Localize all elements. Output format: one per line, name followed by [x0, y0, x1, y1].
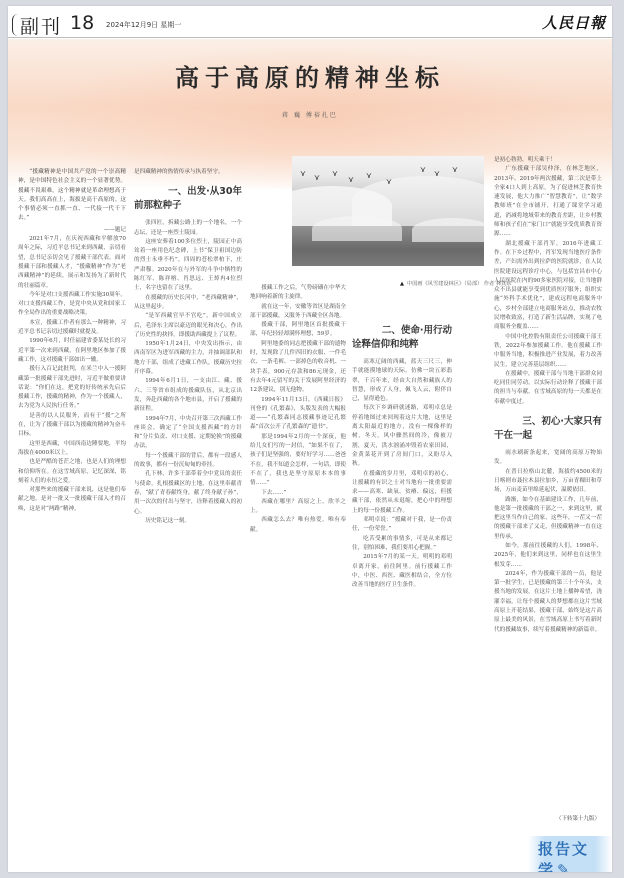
article-byline: 蒋 巍 傅裕扎巴 [8, 110, 612, 119]
article-title: 高于高原的精神坐标 [8, 58, 612, 93]
column-stamp: 报告文学✎ [528, 836, 612, 872]
snow-ridge [312, 216, 402, 241]
paragraph: 2015年7月的某一天，明明的邓明卓离开家，前往阿里。前行援藏工作中，中医、西医… [352, 553, 452, 590]
section-name: 副刊 [20, 12, 62, 39]
crane-icon: ⋎ [420, 166, 426, 174]
paragraph: 阿里地委的同志把援藏干部的遗物时，发现除了几件四旧的衣服、一件毛衣、一条毛裤、一… [250, 340, 346, 396]
paragraph: 路渐，如今在基础建设工作，几年前，他是第一批援藏的干部之一，来到这里，就把这里当… [494, 496, 602, 542]
paragraph: 邓明卓说：“援藏对于我，是一份责任，一份荣誉。” [352, 516, 452, 535]
paragraph: 在援藏中，援藏干部与当地干部群众同吃同住同劳动，以实际行动诠释了援藏干部的担当与… [494, 370, 602, 407]
paragraph: 这座安葬着100多位烈士，陵园正中高耸着一座用色纪念碑，上书“保卫祖国边防的烈士… [134, 238, 242, 294]
page-number: 18 [70, 12, 94, 34]
paragraph: 2021年7月，在庆祝西藏和平解放70周年之际，习近平总书记来到西藏，亲切看望，… [18, 235, 126, 291]
column-1: “援藏精神是中国共产党的一个崇高精神，是中国特色社会主义的一个显著优势。援藏不畏… [18, 168, 126, 868]
paragraph: 就在这一年，安徽等省区是湖南全部干部援藏，又服务于西藏全区各地。 [250, 303, 346, 322]
crane-icon: ⋎ [300, 170, 306, 178]
section-heading-2: 二、使命·用行动 诠释信仰和纯粹 [352, 324, 452, 352]
section-heading-3: 三、初心·大家只有 干在一起 [494, 415, 602, 443]
paragraph: 张四匠，拆藏公路上的一个地名，一个志坛，还是一座烈士陵园。 [134, 219, 242, 238]
column-6: 是初心勃勃，明天乘干！ 广东援藏干部吴仲泽，在林芝地区，2013年、2019年两… [494, 156, 602, 806]
masthead: 副刊 18 2024年12月9日 星期一 人民日報 [8, 6, 612, 38]
paragraph: 在援藏的岁月里，邓明卓的初心，让援藏的有识之士对当地有一批重要需求——高寒、缺氧… [352, 470, 452, 516]
crane-icon: ⋎ [452, 166, 458, 174]
column-2: 是四藏精神的热情传承与执着坚守。 一、出发·从30年 前那粒种子 张四匠，拆藏公… [134, 168, 242, 868]
paragraph: 在普日拉格山北麓，海拔约4500米的日喀则市聂拉木县拉加乡，万亩青稞田和草场，万… [494, 468, 602, 496]
newspaper-page: 副刊 18 2024年12月9日 星期一 人民日報 高于高原的精神坐标 蒋 巍 … [8, 6, 612, 872]
paragraph: 雨水刷新条起来，宽阔的高原万物始发。 [494, 449, 602, 468]
masthead-bracket [12, 14, 18, 36]
crane-icon: ⋎ [434, 170, 440, 178]
paragraph: 2024年，作为援藏干部的一员，他是第一批学生，已是援藏的第三十个年头，支援当地… [494, 570, 602, 635]
paragraph: 1994年11月13日，《西藏日报》刊登的《孔繁森》，头版发表的大幅报道——“孔… [250, 396, 346, 433]
paragraph: 高寒辽阔的西藏，蓝天三尺三，伸手就能摸地球的天际。仿佛一块五彩翡翠，千百年来，经… [352, 358, 452, 404]
paragraph: 是善的以人民服务，而有于“援”之所在，让为了援藏干部以为援藏的精神为奋斗目标。 [18, 412, 126, 440]
paragraph: 每一个援藏干部的背后，都有一段感人的故事，都有一份沉甸甸的牵挂。 [134, 452, 242, 471]
continued-note: （下转第十九版） [556, 814, 600, 822]
crane-icon: ⋎ [386, 178, 392, 186]
newspaper-logo: 人民日報 [542, 12, 606, 33]
paragraph: 援藏工作之后，气势磅礴在中华大地回响着新的主旋律。 [250, 284, 346, 303]
paragraph: 1994年6月1日，一支由江、藏、援六、三等省市组成的援藏队伍，从北京出发，奔赴… [134, 377, 242, 414]
paragraph: 湖北援藏干部肖军，2016年进藏工作。在下乡过程中，肖军发现当地医疗条件差，产妇… [494, 240, 602, 333]
paragraph: 西藏在哪里？高原之上，欣羊之上。 [250, 498, 346, 517]
section-heading-1: 一、出发·从30年 前那粒种子 [134, 185, 242, 213]
paragraph: 历史铭记这一刻。 [134, 517, 242, 526]
paragraph: 每次下乡调研就迷路，邓明卓总是停着地图过来回现着这片大地，这里是离太阳最近的地方… [352, 404, 452, 469]
paragraph: 1994年7月，中央召开第三次西藏工作座谈会，确定了“全国支援西藏”的方针和“分… [134, 415, 242, 452]
paragraph: 也是严酷的苍茫之地，也是人们的理想和信仰所在。在这雪域高原，记忆深深，铭刻着人们… [18, 458, 126, 486]
issue-date: 2024年12月9日 星期一 [106, 20, 181, 30]
opening-quote: “援藏精神是中国共产党的一个崇高精神，是中国特色社会主义的一个显著优势。援藏不畏… [18, 168, 126, 224]
paragraph: “是军西藏官早不官吃”，新中国成立后，毛泽东主席以豪迈的眼光和决心，作出了历史性… [134, 312, 242, 340]
crane-icon: ⋎ [314, 174, 320, 182]
paragraph: 援藏干部，阿里地区首批援藏干部，年纪轻轻却满怀理想，59岁。 [250, 321, 346, 340]
paragraph: 西藏怎么去？唯有热爱，唯有奉献。 [250, 516, 346, 535]
crane-icon: ⋎ [366, 172, 372, 180]
paragraph: 1950年1月24日，中央发出指示，由西南军区为进军西藏的主力，并抽调部队和地方… [134, 340, 242, 377]
pen-icon: ✎ [557, 861, 572, 872]
paragraph: 今年是对口支援西藏工作实施30周年。对口支援西藏工作，是党中央从党和国家工作全局… [18, 291, 126, 319]
crane-icon: ⋎ [332, 170, 338, 178]
paragraph: 援行入百记此批判，在米兰中入一援阿藏第一批援藏干部先进时，习近平做重要讲话说：“… [18, 365, 126, 411]
artwork-painting: ⋎ ⋎ ⋎ ⋎ ⋎ ⋎ ⋎ ⋎ ⋎ [292, 156, 484, 266]
quote-signature: ——题记 [18, 226, 126, 235]
paragraph: 那是1994年2月的一个深夜，他给儿女们写的一封信，“如果不在了，孩子们是坚强的… [250, 433, 346, 489]
column-3: 援藏工作之后，气势磅礴在中华大地回响着新的主旋律。 就在这一年，安徽等省区是湖南… [250, 284, 346, 868]
paragraph: 是四藏精神的热情传承与执着坚守。 [134, 168, 242, 177]
paragraph: 在援藏的历史长河中，“老西藏精神”，从这里起步。 [134, 294, 242, 313]
paragraph: 是初心勃勃，明天乘干！ [494, 156, 602, 165]
paragraph: 1990年6月，时任福建省委某处长的习近平第一次来到西藏，在阿里地区参加了援藏工… [18, 337, 126, 365]
column-4: 二、使命·用行动 诠释信仰和纯粹 高寒辽阔的西藏，蓝天三尺三，伸手就能摸地球的天… [352, 284, 452, 868]
paragraph: 对那些来的援藏干部来说，这是他们奉献之地，是对一批又一批援藏干部入才的召唤，这是… [18, 486, 126, 514]
paragraph: 广东援藏干部吴仲泽，在林芝地区，2013年、2019年两次援藏，第二次是带上全家… [494, 165, 602, 239]
paragraph: 吃苦受累的事情多，可是从来都记住，别怕困难，我们要用心把握。” [352, 535, 452, 554]
paragraph: 孔下林，许多干部带着全中党员的责任与使命，扎根援藏区的土地，在这里奉献青春，“献… [134, 470, 242, 516]
paragraph: 如今，那前往援藏的人们，1998年、2025年，他们来到这里，同样也在这里生根发… [494, 542, 602, 570]
paragraph: 这里是西藏，中国西南边陲要地，平均海拔在4000米以上。 [18, 440, 126, 459]
snow-ridge [412, 218, 484, 242]
crane-icon: ⋎ [348, 176, 354, 184]
paragraph: 下去……” [250, 489, 346, 498]
paragraph: 中国中化控股有限责任公司援藏干部王铁，2022年参加援藏工作。他在援藏工作中服务… [494, 333, 602, 370]
paragraph: 本宣，援藏工作者有那么一种精神，习近平总书记亲切过援藏时就提及。 [18, 319, 126, 338]
